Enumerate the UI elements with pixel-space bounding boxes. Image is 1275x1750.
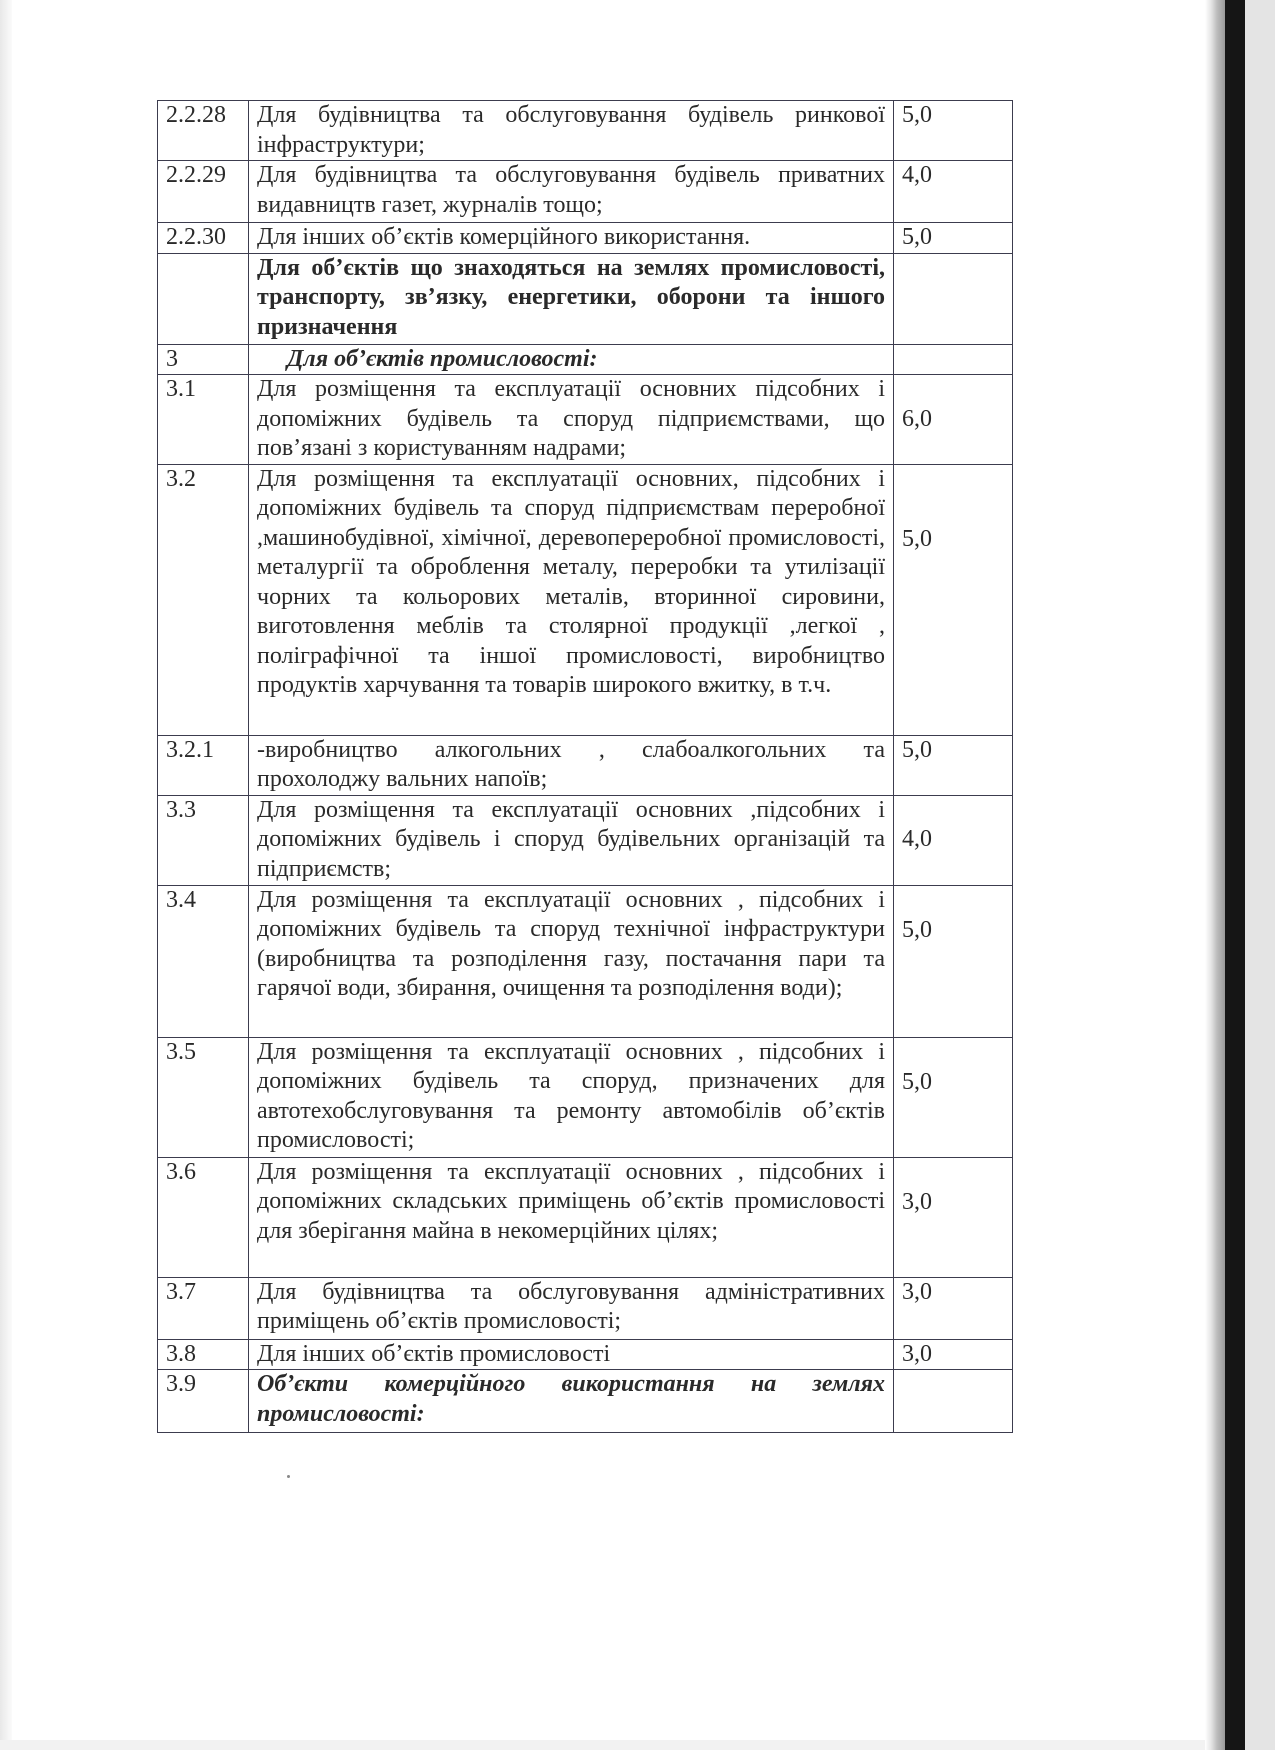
row-code: 3.9 xyxy=(158,1370,249,1433)
row-code: 3.1 xyxy=(158,375,249,465)
row-rate: 6,0 xyxy=(894,375,1013,465)
row-rate: 5,0 xyxy=(894,885,1013,1037)
table-row: 2.2.28 Для будівництва та обслуговування… xyxy=(158,101,1013,161)
section-heading: Об’єкти комерційного використання на зем… xyxy=(249,1370,894,1433)
row-description: Для інших об’єктів промисловості xyxy=(249,1339,894,1370)
table-row: 3.8 Для інших об’єктів промисловості 3,0 xyxy=(158,1339,1013,1370)
row-rate: 4,0 xyxy=(894,795,1013,885)
scan-dark-border xyxy=(1225,0,1245,1750)
row-description: Для розміщення та експлуатації основних … xyxy=(249,795,894,885)
row-rate: 3,0 xyxy=(894,1157,1013,1277)
row-rate xyxy=(894,253,1013,344)
row-description: Для розміщення та експлуатації основних … xyxy=(249,885,894,1037)
scan-shadow xyxy=(1205,0,1225,1750)
table-row: 3.5 Для розміщення та експлуатації основ… xyxy=(158,1037,1013,1157)
table-row: 3.4 Для розміщення та експлуатації основ… xyxy=(158,885,1013,1037)
row-description: Для будівництва та обслуговування будіве… xyxy=(249,101,894,161)
row-description: Для розміщення та експлуатації основних … xyxy=(249,375,894,465)
row-code: 3.4 xyxy=(158,885,249,1037)
rates-table: 2.2.28 Для будівництва та обслуговування… xyxy=(157,100,1013,1433)
table-row: 3.2 Для розміщення та експлуатації основ… xyxy=(158,464,1013,735)
row-description: Для інших об’єктів комерційного використ… xyxy=(249,223,894,254)
table-row: 3.3 Для розміщення та експлуатації основ… xyxy=(158,795,1013,885)
section-heading: Для об’єктів промисловості: xyxy=(249,344,894,375)
section-heading: Для об’єктів що знаходяться на землях пр… xyxy=(249,253,894,344)
row-code: 2.2.30 xyxy=(158,223,249,254)
scan-gray-margin xyxy=(1245,0,1275,1750)
row-code xyxy=(158,253,249,344)
row-rate: 5,0 xyxy=(894,1037,1013,1157)
row-description: -виробництво алкогольних , слабоалкоголь… xyxy=(249,735,894,795)
row-code: 3 xyxy=(158,344,249,375)
table-row: 2.2.29 Для будівництва та обслуговування… xyxy=(158,161,1013,223)
section-header-row: 3.9 Об’єкти комерційного використання на… xyxy=(158,1370,1013,1433)
row-code: 3.7 xyxy=(158,1277,249,1339)
row-description: Для розміщення та експлуатації основних,… xyxy=(249,464,894,735)
row-code: 2.2.28 xyxy=(158,101,249,161)
row-rate: 5,0 xyxy=(894,464,1013,735)
row-rate xyxy=(894,1370,1013,1433)
table-row: 2.2.30 Для інших об’єктів комерційного в… xyxy=(158,223,1013,254)
row-rate: 3,0 xyxy=(894,1339,1013,1370)
row-code: 2.2.29 xyxy=(158,161,249,223)
row-description: Для розміщення та експлуатації основних … xyxy=(249,1037,894,1157)
table-row: 3.7 Для будівництва та обслуговування ад… xyxy=(158,1277,1013,1339)
table-row: 3.6 Для розміщення та експлуатації основ… xyxy=(158,1157,1013,1277)
table-row: 3.2.1 -виробництво алкогольних , слабоал… xyxy=(158,735,1013,795)
row-code: 3.8 xyxy=(158,1339,249,1370)
row-rate: 4,0 xyxy=(894,161,1013,223)
table-row: 3.1 Для розміщення та експлуатації основ… xyxy=(158,375,1013,465)
row-code: 3.2 xyxy=(158,464,249,735)
row-code: 3.6 xyxy=(158,1157,249,1277)
row-rate: 5,0 xyxy=(894,223,1013,254)
row-description: Для будівництва та обслуговування адміні… xyxy=(249,1277,894,1339)
row-code: 3.5 xyxy=(158,1037,249,1157)
row-description: Для будівництва та обслуговування будіве… xyxy=(249,161,894,223)
row-rate xyxy=(894,344,1013,375)
row-code: 3.3 xyxy=(158,795,249,885)
page-left-edge xyxy=(0,0,12,1750)
row-rate: 5,0 xyxy=(894,101,1013,161)
row-code: 3.2.1 xyxy=(158,735,249,795)
section-header-row: Для об’єктів що знаходяться на землях пр… xyxy=(158,253,1013,344)
scan-speck xyxy=(287,1475,290,1478)
section-header-row: 3 Для об’єктів промисловості: xyxy=(158,344,1013,375)
row-rate: 5,0 xyxy=(894,735,1013,795)
row-rate: 3,0 xyxy=(894,1277,1013,1339)
row-description: Для розміщення та експлуатації основних … xyxy=(249,1157,894,1277)
page-bottom-edge xyxy=(0,1740,1275,1750)
